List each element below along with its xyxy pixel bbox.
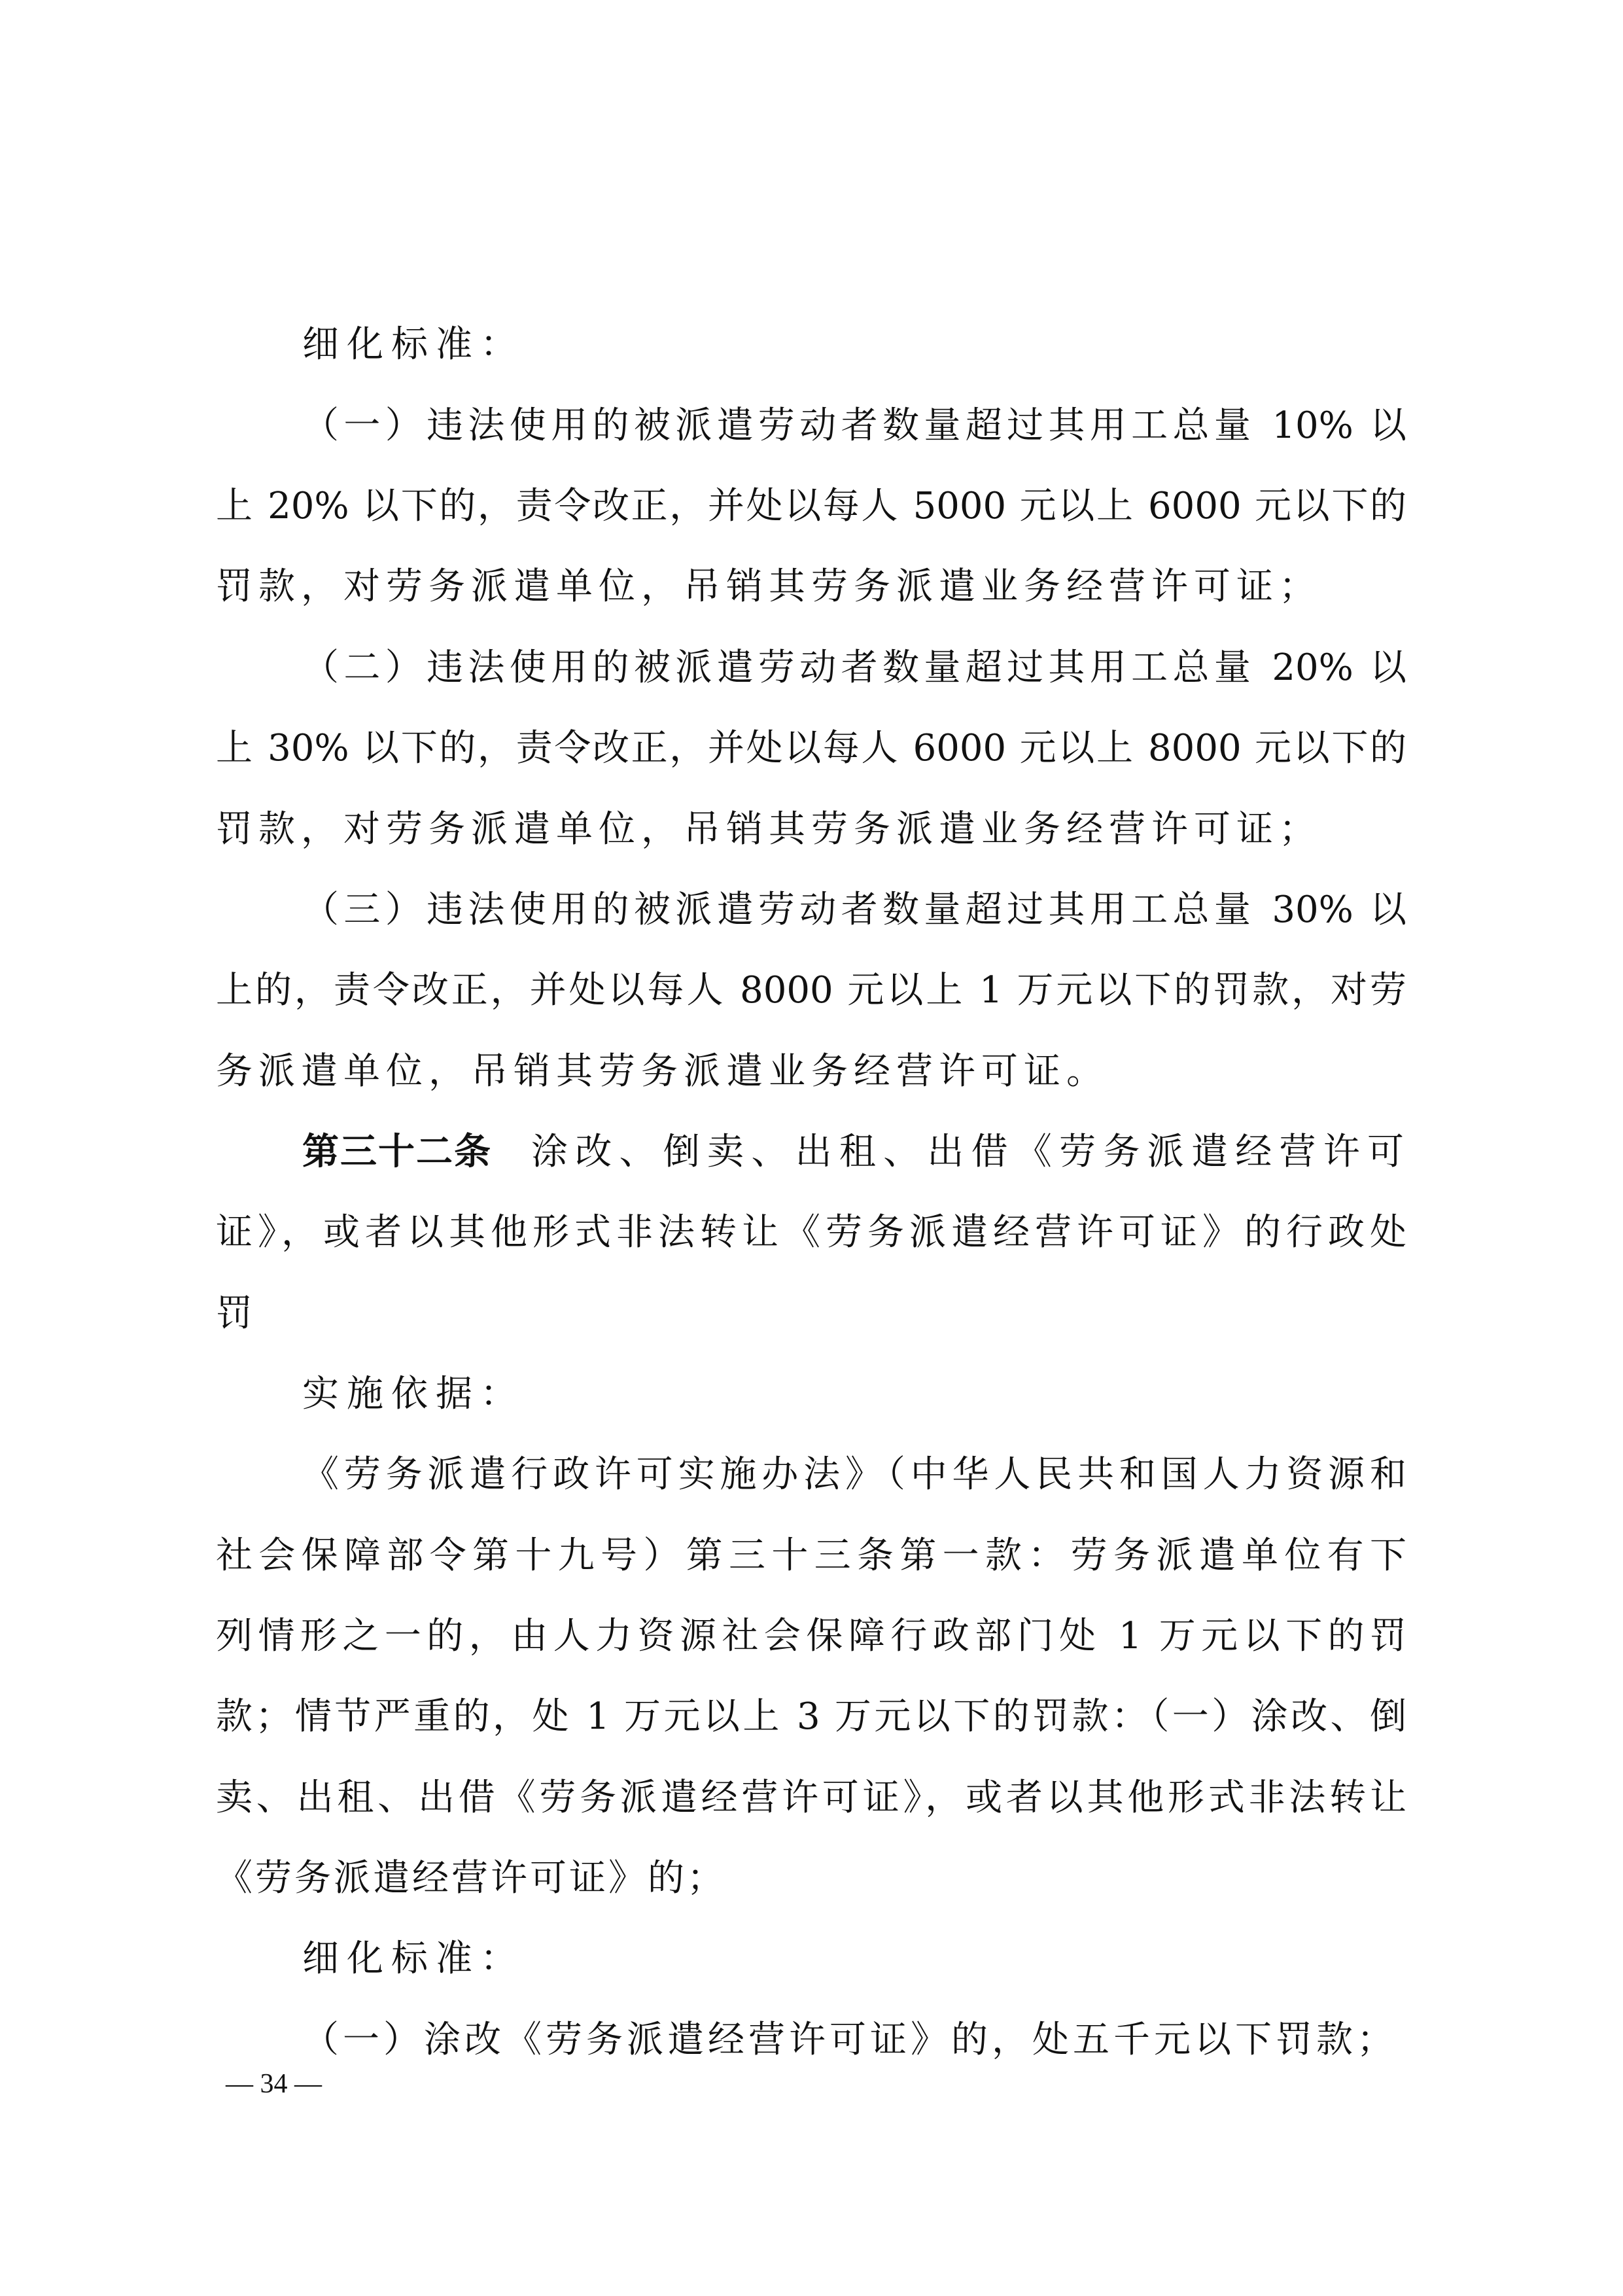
section-heading-detailed-standards: 细化标准： xyxy=(302,304,1406,385)
paragraph-line: （一）涂改《劳务派遣经营许可证》的，处五千元以下罚款； xyxy=(302,2000,1406,2081)
paragraph-line: 列情形之一的，由人力资源社会保障行政部门处 1 万元以下的罚 xyxy=(216,1596,1406,1677)
paragraph-line: 社会保障部令第十九号）第三十三条第一款：劳务派遣单位有下 xyxy=(216,1515,1406,1597)
article-title: 涂改、倒卖、出租、出借《劳务派遣经营许可 xyxy=(531,1112,1406,1193)
section-heading-detailed-standards: 细化标准： xyxy=(302,1918,1406,2000)
document-page: 细化标准： （一）违法使用的被派遣劳动者数量超过其用工总量 10% 以 上 20… xyxy=(0,0,1623,2296)
paragraph-line: 罚款，对劳务派遣单位，吊销其劳务派遣业务经营许可证； xyxy=(216,789,1406,870)
paragraph-line: 卖、出租、出借《劳务派遣经营许可证》，或者以其他形式非法转让 xyxy=(216,1757,1406,1839)
paragraph-line: 款；情节严重的，处 1 万元以上 3 万元以下的罚款：（一）涂改、倒 xyxy=(216,1676,1406,1757)
paragraph-line: 《劳务派遣经营许可证》的； xyxy=(216,1838,1406,1919)
paragraph-line: （三）违法使用的被派遣劳动者数量超过其用工总量 30% 以 xyxy=(302,870,1406,951)
paragraph-line: （二）违法使用的被派遣劳动者数量超过其用工总量 20% 以 xyxy=(302,627,1406,709)
article-title-continued: 罚 xyxy=(216,1273,1406,1354)
article-number: 第三十二条 xyxy=(302,1112,492,1193)
paragraph-line: 罚款，对劳务派遣单位，吊销其劳务派遣业务经营许可证； xyxy=(216,546,1406,627)
paragraph-line: 《劳务派遣行政许可实施办法》（中华人民共和国人力资源和 xyxy=(302,1434,1406,1515)
paragraph-line: 上 30% 以下的，责令改正，并处以每人 6000 元以上 8000 元以下的 xyxy=(216,708,1406,789)
paragraph-line: （一）违法使用的被派遣劳动者数量超过其用工总量 10% 以 xyxy=(302,385,1406,467)
article-heading-line: 第三十二条 涂改、倒卖、出租、出借《劳务派遣经营许可 xyxy=(302,1112,1406,1193)
paragraph-line: 上 20% 以下的，责令改正，并处以每人 5000 元以上 6000 元以下的 xyxy=(216,466,1406,547)
paragraph-line: 务派遣单位，吊销其劳务派遣业务经营许可证。 xyxy=(216,1031,1406,1112)
section-heading-legal-basis: 实施依据： xyxy=(302,1354,1406,1435)
article-title-continued: 证》，或者以其他形式非法转让《劳务派遣经营许可证》的行政处 xyxy=(216,1192,1406,1273)
paragraph-line: 上的，责令改正，并处以每人 8000 元以上 1 万元以下的罚款，对劳 xyxy=(216,950,1406,1031)
page-number: — 34 — xyxy=(226,2061,322,2107)
